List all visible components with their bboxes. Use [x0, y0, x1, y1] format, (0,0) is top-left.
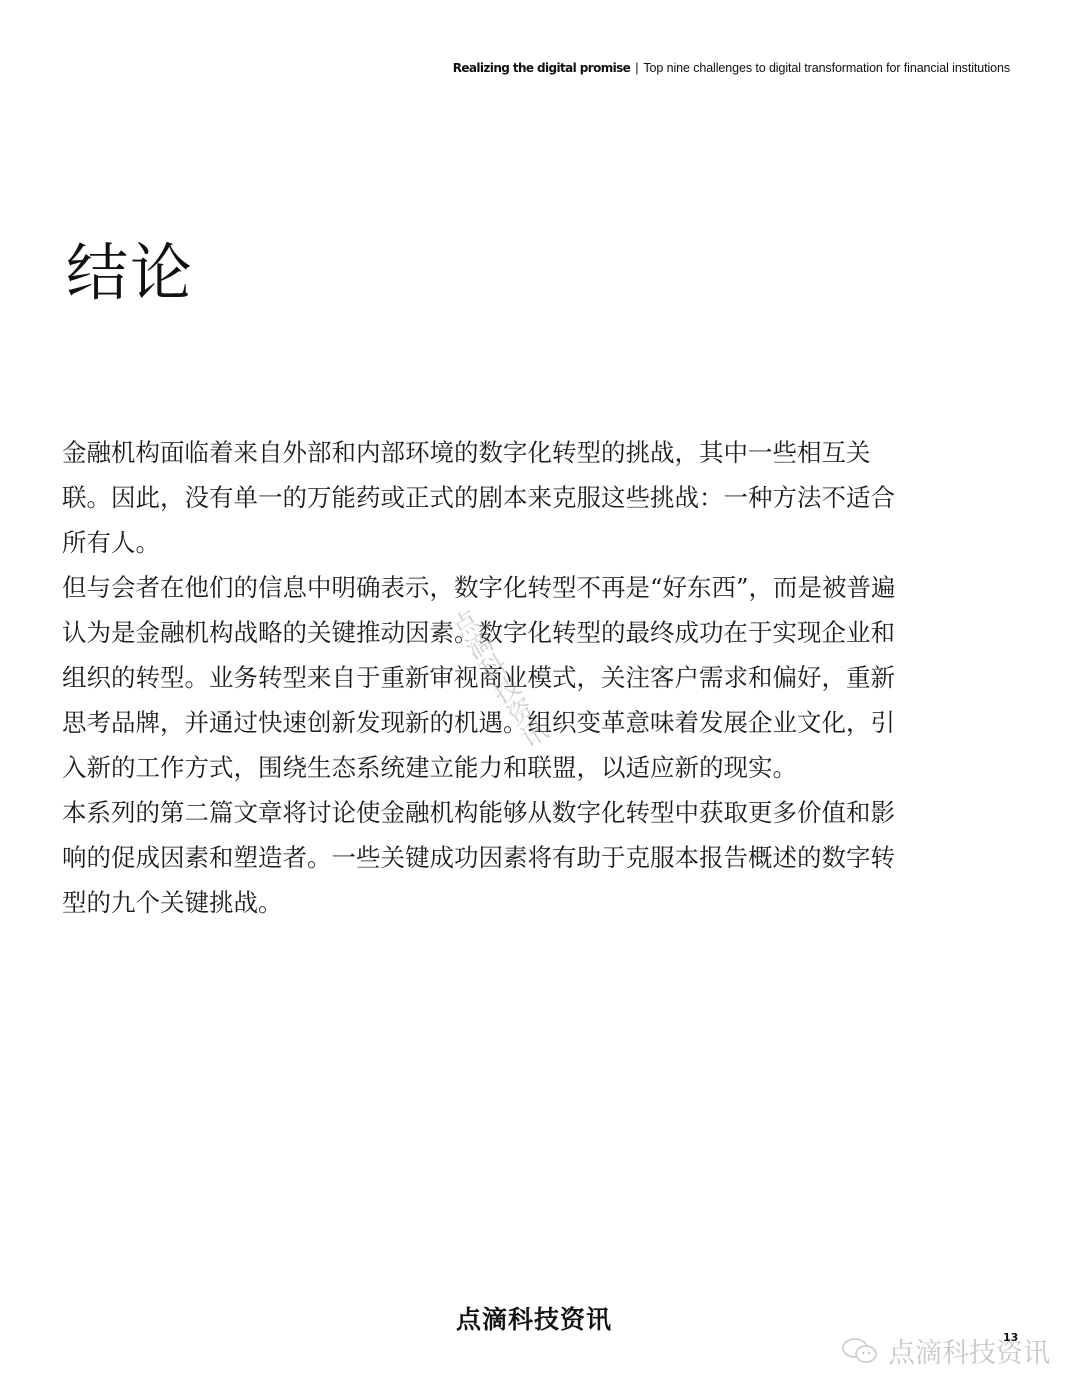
- header-separator: |: [635, 61, 638, 75]
- report-title: Realizing the digital promise: [453, 61, 631, 75]
- running-header: Realizing the digital promise|Top nine c…: [453, 61, 1010, 75]
- page-title: 结论: [66, 242, 194, 304]
- page-number: 13: [1003, 1331, 1018, 1344]
- wechat-icon: [840, 1336, 882, 1366]
- wechat-watermark: 点滴科技资讯: [840, 1331, 1050, 1370]
- report-subtitle: Top nine challenges to digital transform…: [643, 61, 1010, 75]
- paragraph-1: 金融机构面临着来自外部和内部环境的数字化转型的挑战，其中一些相互关联。因此，没有…: [62, 430, 912, 565]
- paragraph-3: 本系列的第二篇文章将讨论使金融机构能够从数字化转型中获取更多价值和影响的促成因素…: [62, 790, 912, 925]
- footer-watermark-title: 点滴科技资讯: [456, 1300, 612, 1336]
- wechat-account-name: 点滴科技资讯: [888, 1331, 1050, 1370]
